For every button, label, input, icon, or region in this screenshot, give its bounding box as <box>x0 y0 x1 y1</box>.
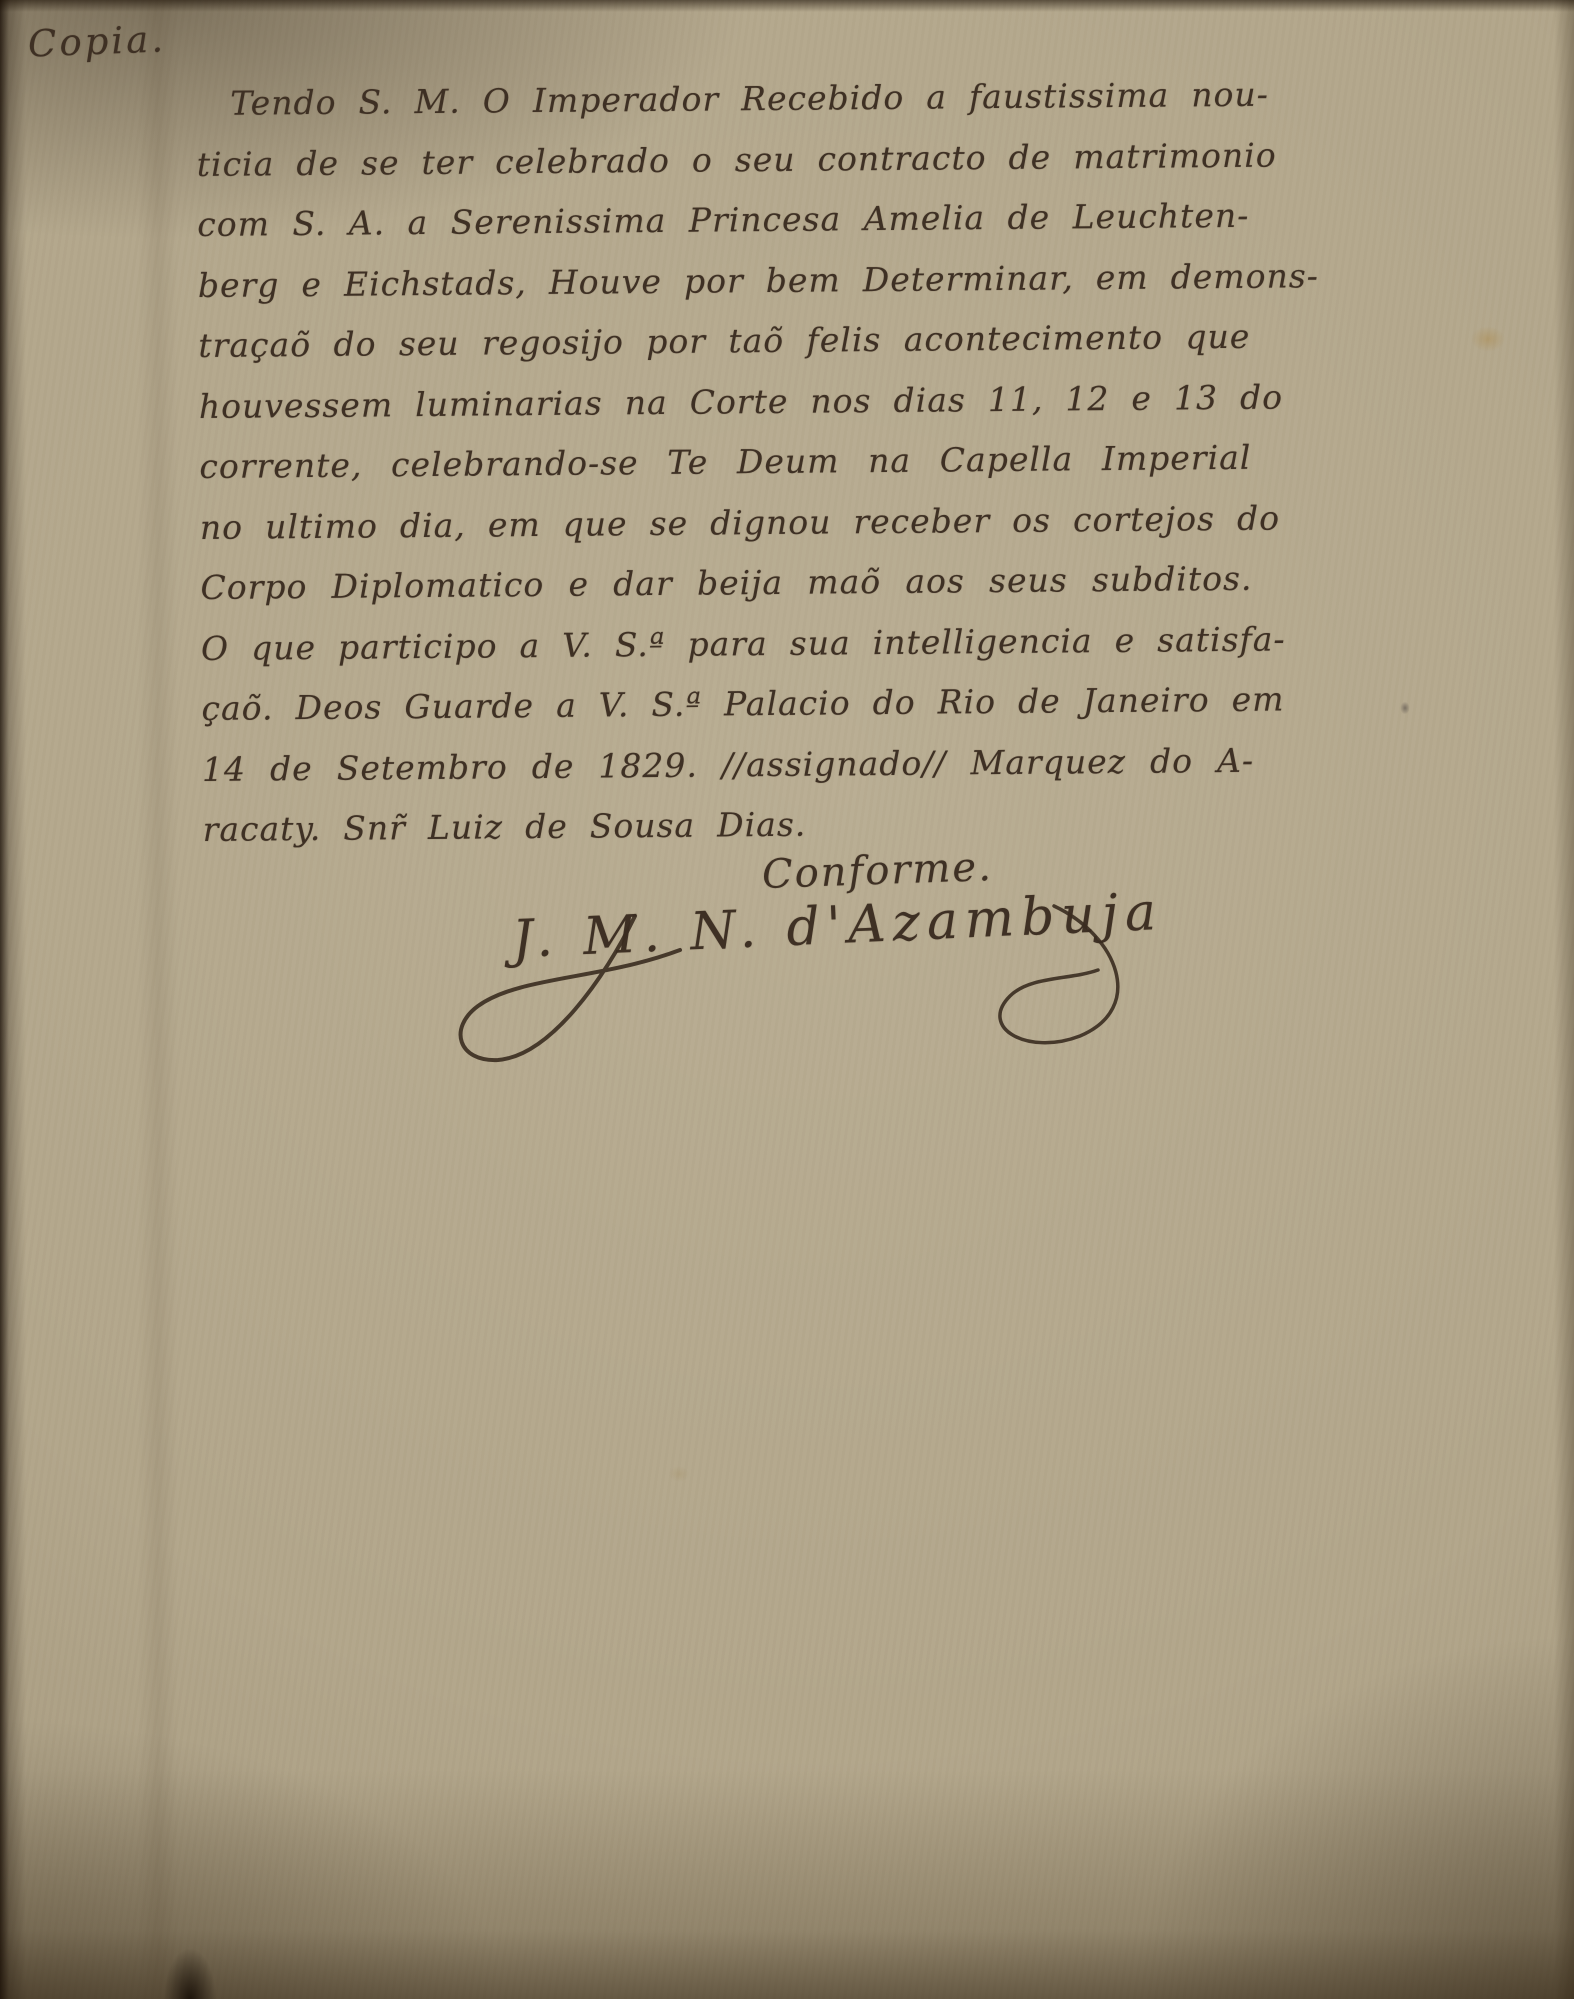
manuscript-line: no ultimo dia, em que se dignou receber … <box>200 488 1252 558</box>
manuscript-line: houvessem luminarias na Corte nos dias 1… <box>199 367 1251 437</box>
signature-name: J. M. N. d'Azambuja <box>511 882 1164 970</box>
manuscript-line: traçaõ do seu regosijo por taõ felis aco… <box>198 307 1250 377</box>
manuscript-line: racaty. Snr̃ Luiz de Sousa Dias. <box>202 791 1254 861</box>
manuscript-line: 14 de Setembro de 1829. //assignado// Ma… <box>202 730 1254 800</box>
manuscript-line: ticia de se ter celebrado o seu contract… <box>197 125 1249 195</box>
manuscript-line: corrente, celebrando-se Te Deum na Capel… <box>199 428 1251 498</box>
manuscript-line: Corpo Diplomatico e dar beija maõ aos se… <box>200 549 1252 619</box>
manuscript-line: com S. A. a Serenissima Princesa Amelia … <box>197 186 1249 256</box>
manuscript-line: Tendo S. M. O Imperador Recebido a faust… <box>196 65 1248 135</box>
ink-blot <box>1399 700 1411 716</box>
manuscript-line: çaõ. Deos Guarde a V. S.ª Palacio do Rio… <box>201 670 1253 740</box>
paper-stain <box>1465 322 1511 356</box>
manuscript-line: berg e Eichstads, Houve por bem Determin… <box>198 246 1250 316</box>
copy-label: Copia. <box>27 17 166 65</box>
bottom-edge-shadow <box>164 1949 216 1999</box>
paper-crease <box>138 0 178 1999</box>
paper-stain <box>666 1464 692 1484</box>
letter-body: Tendo S. M. O Imperador Recebido a faust… <box>196 65 1255 861</box>
manuscript-line: O que participo a V. S.ª para sua intell… <box>201 609 1253 679</box>
manuscript-page: Copia. Tendo S. M. O Imperador Recebido … <box>0 0 1574 1999</box>
